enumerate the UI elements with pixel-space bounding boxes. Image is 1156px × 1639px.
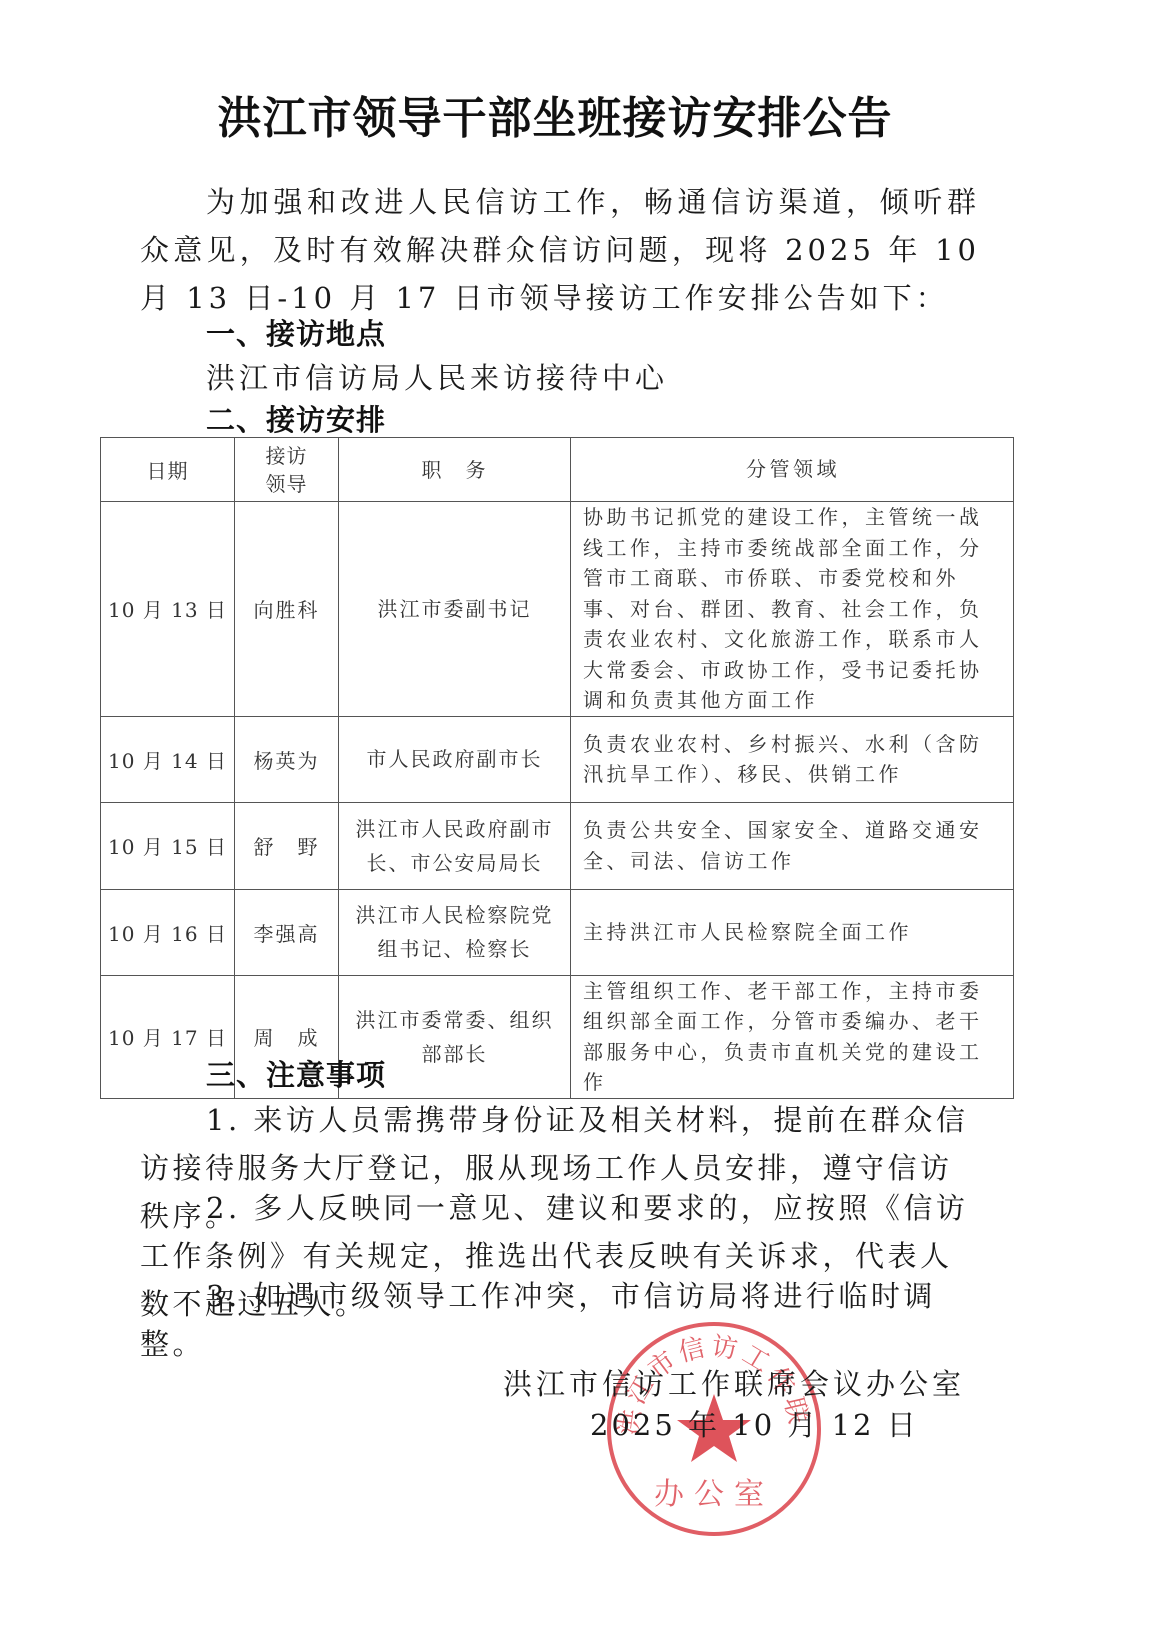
cell-area: 协助书记抓党的建设工作，主管统一战线工作，主持市委统战部全面工作，分管市工商联、…: [571, 502, 1014, 717]
table-row: 10 月 14 日 杨英为 市人民政府副市长 负责农业农村、乡村振兴、水利（含防…: [101, 716, 1014, 802]
table-row: 10 月 15 日 舒 野 洪江市人民政府副市长、市公安局局长 负责公共安全、国…: [101, 802, 1014, 889]
cell-date: 10 月 13 日: [101, 502, 235, 717]
note-item: 3. 如遇市级领导工作冲突，市信访局将进行临时调整。: [140, 1272, 980, 1368]
cell-leader: 李强高: [235, 889, 339, 975]
table-row: 10 月 13 日 向胜科 洪江市委副书记 协助书记抓党的建设工作，主管统一战线…: [101, 502, 1014, 717]
cell-position: 市人民政府副市长: [339, 716, 571, 802]
cell-area: 主管组织工作、老干部工作，主持市委组织部全面工作，分管市委编办、老干部服务中心，…: [571, 975, 1014, 1098]
signature-organization: 洪江市信访工作联席会议办公室: [503, 1362, 965, 1403]
header-position: 职 务: [339, 438, 571, 502]
document-title: 洪江市领导干部坐班接访安排公告: [0, 82, 1110, 146]
cell-area: 负责农业农村、乡村振兴、水利（含防汛抗旱工作）、移民、供销工作: [571, 716, 1014, 802]
header-date: 日期: [101, 438, 235, 502]
section-heading-location: 一、接访地点: [206, 312, 386, 353]
intro-paragraph: 为加强和改进人民信访工作，畅通信访渠道，倾听群众意见，及时有效解决群众信访问题，…: [140, 178, 980, 322]
cell-position: 洪江市人民政府副市长、市公安局局长: [339, 802, 571, 889]
cell-date: 10 月 15 日: [101, 802, 235, 889]
cell-leader: 向胜科: [235, 502, 339, 717]
reception-location: 洪江市信访局人民来访接待中心: [206, 356, 668, 397]
header-leader: 接访领导: [235, 438, 339, 502]
cell-leader: 杨英为: [235, 716, 339, 802]
cell-date: 10 月 16 日: [101, 889, 235, 975]
schedule-table: 日期 接访领导 职 务 分管领域 10 月 13 日 向胜科 洪江市委副书记 协…: [100, 437, 1014, 1099]
header-area: 分管领域: [571, 438, 1014, 502]
cell-area: 负责公共安全、国家安全、道路交通安全、司法、信访工作: [571, 802, 1014, 889]
svg-text:办公室: 办公室: [654, 1477, 774, 1512]
cell-position: 洪江市人民检察院党组书记、检察长: [339, 889, 571, 975]
section-heading-notes: 三、注意事项: [206, 1053, 386, 1094]
signature-date: 2025 年 10 月 12 日: [590, 1403, 919, 1444]
cell-date: 10 月 14 日: [101, 716, 235, 802]
section-heading-schedule: 二、接访安排: [206, 398, 386, 439]
table-row: 10 月 16 日 李强高 洪江市人民检察院党组书记、检察长 主持洪江市人民检察…: [101, 889, 1014, 975]
table-header-row: 日期 接访领导 职 务 分管领域: [101, 438, 1014, 502]
cell-area: 主持洪江市人民检察院全面工作: [571, 889, 1014, 975]
cell-leader: 舒 野: [235, 802, 339, 889]
cell-position: 洪江市委副书记: [339, 502, 571, 717]
